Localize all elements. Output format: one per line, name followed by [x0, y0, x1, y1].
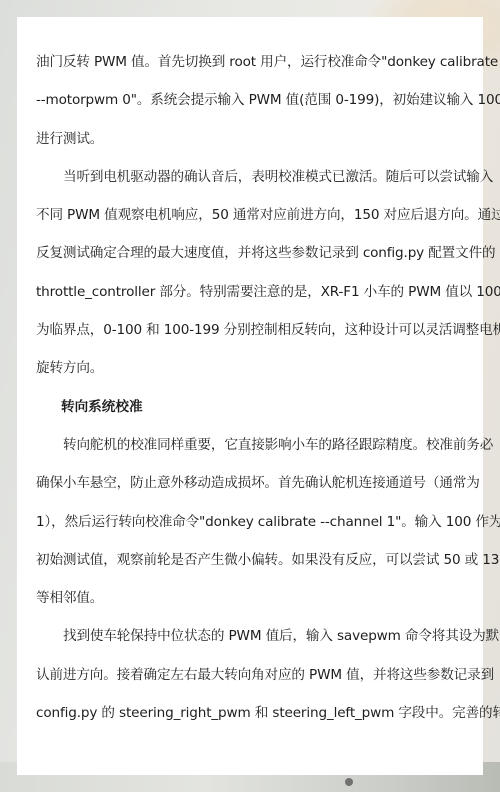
text-line: 不同 PWM 值观察电机响应，50 通常对应前进方向，150 对应后退方向。通过: [36, 196, 463, 234]
paragraph-throttle-reverse: 油门反转 PWM 值。首先切换到 root 用户，运行校准命令"donkey c…: [36, 43, 463, 158]
paragraph-steering-servo: 转向舵机的校准同样重要，它直接影响小车的路径跟踪精度。校准前务必 确保小车悬空，…: [36, 426, 463, 617]
text-line: 油门反转 PWM 值。首先切换到 root 用户，运行校准命令"donkey c…: [36, 43, 463, 81]
text-line: 当听到电机驱动器的确认音后，表明校准模式已激活。随后可以尝试输入: [36, 158, 463, 196]
text-line: 认前进方向。接着确定左右最大转向角对应的 PWM 值，并将这些参数记录到: [36, 656, 463, 694]
text-line: config.py 的 steering_right_pwm 和 steerin…: [36, 694, 463, 732]
section-heading-steering-calibration: 转向系统校准: [36, 388, 463, 426]
paragraph-motor-calibration: 当听到电机驱动器的确认音后，表明校准模式已激活。随后可以尝试输入 不同 PWM …: [36, 158, 463, 388]
text-line: 找到使车轮保持中位状态的 PWM 值后，输入 savepwm 命令将其设为默: [36, 617, 463, 655]
background-ink-spot: [345, 778, 353, 786]
text-line: 旋转方向。: [36, 349, 463, 387]
text-line: --motorpwm 0"。系统会提示输入 PWM 值(范围 0-199)，初始…: [36, 81, 463, 119]
text-line: 初始测试值，观察前轮是否产生微小偏转。如果没有反应，可以尝试 50 或 130: [36, 541, 463, 579]
text-line: 确保小车悬空，防止意外移动造成损坏。首先确认舵机连接通道号（通常为: [36, 464, 463, 502]
text-line: 为临界点，0-100 和 100-199 分别控制相反转向，这种设计可以灵活调整…: [36, 311, 463, 349]
text-line: 反复测试确定合理的最大速度值，并将这些参数记录到 config.py 配置文件的: [36, 234, 463, 272]
text-line: 进行测试。: [36, 120, 463, 158]
article-card: 油门反转 PWM 值。首先切换到 root 用户，运行校准命令"donkey c…: [17, 17, 483, 775]
paragraph-savepwm: 找到使车轮保持中位状态的 PWM 值后，输入 savepwm 命令将其设为默 认…: [36, 617, 463, 732]
text-line: throttle_controller 部分。特别需要注意的是，XR-F1 小车…: [36, 273, 463, 311]
text-line: 1），然后运行转向校准命令"donkey calibrate --channel…: [36, 503, 463, 541]
text-line: 转向舵机的校准同样重要，它直接影响小车的路径跟踪精度。校准前务必: [36, 426, 463, 464]
text-line: 等相邻值。: [36, 579, 463, 617]
